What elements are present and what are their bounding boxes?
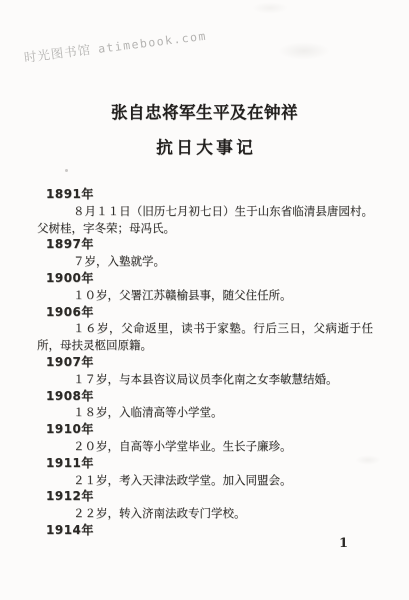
entry-year: 1907年 [46,354,373,371]
entry-year: 1891年 [46,186,373,203]
chronology-entry-1908: 1908年 １８岁，入临清高等小学堂。 [37,388,373,422]
entry-year: 1912年 [46,488,373,505]
entry-year: 1897年 [46,236,373,253]
entry-text: ７岁，入塾就学。 [37,253,373,270]
entry-text: ２０岁，自高等小学堂毕业。生长子廉珍。 [37,438,373,455]
chronology-entry-1910: 1910年 ２０岁，自高等小学堂毕业。生长子廉珍。 [37,421,373,455]
entry-year: 1906年 [46,304,373,321]
entry-text: ２２岁，转入济南法政专门学校。 [37,505,373,522]
page-title: 张自忠将军生平及在钟祥 抗日大事记 [0,102,409,159]
entry-year: 1914年 [46,522,373,539]
chronology-entry-1914: 1914年 [37,522,373,539]
chronology-entry-1906: 1906年 １６岁，父命返里，读书于家塾。行后三日，父病逝于任所，母扶灵柩回原籍… [37,304,373,354]
entry-year: 1900年 [46,270,373,287]
entry-year: 1911年 [46,455,373,472]
watermark-site-text: atimebook.com [97,29,207,56]
chronology-entry-1912: 1912年 ２２岁，转入济南法政专门学校。 [37,488,373,522]
chronology-entry-1911: 1911年 ２１岁，考入天津法政学堂。加入同盟会。 [37,455,373,489]
entry-year: 1910年 [46,421,373,438]
book-page: 时光图书馆atimebook.com 张自忠将军生平及在钟祥 抗日大事记 189… [0,0,409,600]
entry-text: １７岁，与本县咨议局议员李化南之女李敏慧结婚。 [37,371,373,388]
entry-year: 1908年 [46,388,373,405]
entry-text: １６岁，父命返里，读书于家塾。行后三日，父病逝于任所，母扶灵柩回原籍。 [37,320,373,354]
chronology-entry-1907: 1907年 １７岁，与本县咨议局议员李化南之女李敏慧结婚。 [37,354,373,388]
entry-text: ２１岁，考入天津法政学堂。加入同盟会。 [37,472,373,489]
watermark: 时光图书馆atimebook.com [23,26,208,66]
chronology-entry-1891: 1891年 ８月１１日（旧历七月初七日）生于山东省临清县唐园村。父树桂，字冬荣；… [37,186,373,236]
page-number: 1 [339,536,348,551]
entry-text: ８月１１日（旧历七月初七日）生于山东省临清县唐园村。父树桂，字冬荣；母冯氏。 [37,203,373,237]
scan-speck [65,169,68,172]
page-title-line2: 抗日大事记 [0,137,409,159]
watermark-cn-text: 时光图书馆 [23,42,92,65]
page-title-line1: 张自忠将军生平及在钟祥 [0,102,409,124]
chronology-entry-1897: 1897年 ７岁，入塾就学。 [37,236,373,270]
scan-smudge [278,42,330,60]
scan-smudge [252,2,288,14]
chronology-entry-1900: 1900年 １０岁，父署江苏赣榆县事，随父住任所。 [37,270,373,304]
chronology-body: 1891年 ８月１１日（旧历七月初七日）生于山东省临清县唐园村。父树桂，字冬荣；… [0,186,409,539]
entry-text: １８岁，入临清高等小学堂。 [37,404,373,421]
entry-text: １０岁，父署江苏赣榆县事，随父住任所。 [37,287,373,304]
